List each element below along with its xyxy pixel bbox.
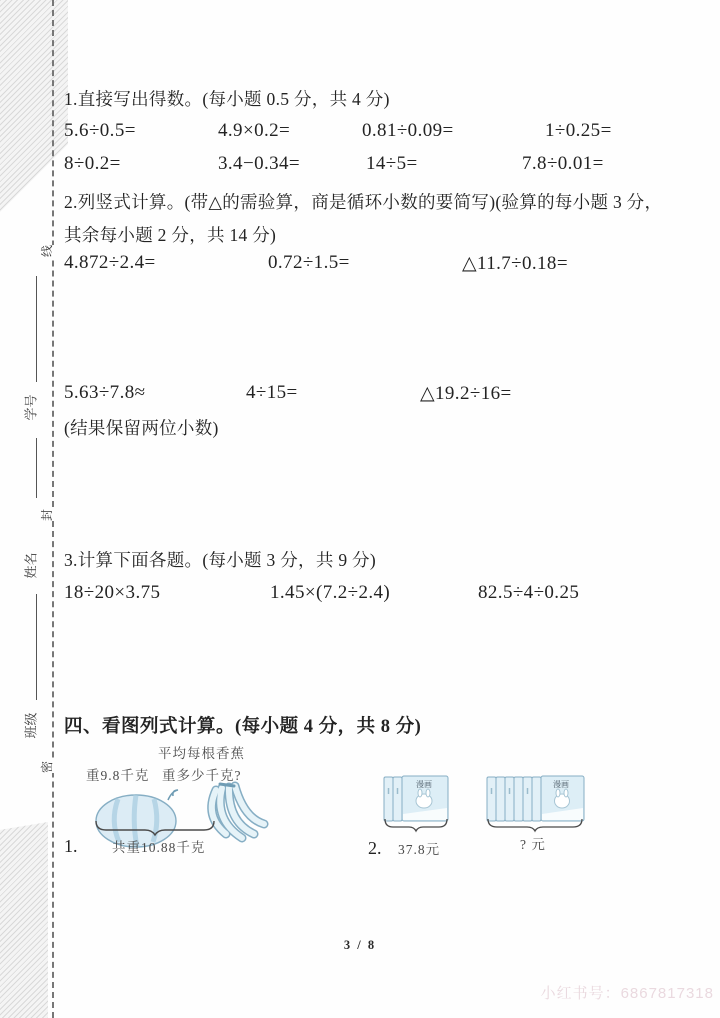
book-cover-title-left: 漫画 — [416, 779, 432, 789]
seal-char-feng: 封 — [40, 509, 54, 521]
q2-eq-3: △11.7÷0.18= — [462, 252, 568, 275]
q1-eq-7: 14÷5= — [366, 153, 418, 175]
left-stack-price: 37.8元 — [398, 838, 440, 858]
book-cover-title-right: 漫画 — [553, 779, 569, 789]
q2-eq-4: 5.63÷7.8≈ — [64, 382, 145, 404]
hatch-corner-top-left — [0, 0, 68, 212]
seal-char-line: 线 — [40, 245, 54, 257]
watermark-text: 小红书号：6867817318 — [541, 982, 714, 1003]
book-stack-left: 漫画 — [383, 774, 451, 824]
q1-eq-1: 5.6÷0.5= — [64, 120, 136, 142]
q1-eq-5: 8÷0.2= — [64, 153, 121, 175]
q1-eq-3: 0.81÷0.09= — [362, 120, 454, 142]
field-label-class: 班级 — [21, 712, 40, 738]
hatch-corner-bottom-left — [0, 822, 48, 1018]
q2-title-line2: 其余每小题 2 分，共 14 分) — [64, 222, 276, 247]
q3-title: 3.计算下面各题。(每小题 3 分，共 9 分) — [64, 547, 376, 572]
banana-question-line1: 平均每根香蕉 — [158, 742, 245, 762]
q2-eq-6: △19.2÷16= — [420, 382, 512, 405]
bananas-illustration — [196, 780, 274, 854]
field-line-name — [36, 594, 37, 700]
q1-eq-6: 3.4−0.34= — [218, 153, 300, 175]
fruit-total-label: 共重10.88千克 — [112, 836, 205, 856]
q1-eq-8: 7.8÷0.01= — [522, 153, 604, 175]
problem-2-number: 2. — [368, 838, 382, 859]
field-label-student-id: 学号 — [21, 394, 40, 420]
field-line-student-id — [36, 276, 37, 382]
page-number: 3 / 8 — [0, 938, 720, 953]
q2-eq-1: 4.872÷2.4= — [64, 252, 156, 274]
fruit-total-brace — [94, 820, 216, 836]
field-label-name: 姓名 — [21, 552, 40, 578]
melon-weight-label: 重9.8千克 — [86, 764, 149, 784]
field-line-mid — [36, 438, 37, 498]
right-stack-brace — [486, 818, 584, 833]
q2-title-line1: 2.列竖式计算。(带△的需验算，商是循环小数的要简写)(验算的每小题 3 分， — [64, 189, 662, 214]
q3-eq-1: 18÷20×3.75 — [64, 582, 160, 604]
q2-eq-2: 0.72÷1.5= — [268, 252, 350, 274]
book-stack-right: 漫画 — [486, 774, 586, 824]
q1-eq-2: 4.9×0.2= — [218, 120, 290, 142]
q2-note: (结果保留两位小数) — [64, 415, 219, 440]
problem-1-number: 1. — [64, 836, 78, 857]
seal-char-mi: 密 — [40, 761, 54, 773]
q1-title: 1.直接写出得数。(每小题 0.5 分，共 4 分) — [64, 86, 390, 111]
left-stack-brace — [383, 818, 449, 833]
right-stack-price: ? 元 — [520, 833, 546, 853]
q3-eq-3: 82.5÷4÷0.25 — [478, 582, 579, 604]
exam-page: 线 封 密 学号 姓名 班级 1.直接写出得数。(每小题 0.5 分，共 4 分… — [0, 0, 720, 1018]
q3-eq-2: 1.45×(7.2÷2.4) — [270, 582, 390, 604]
q1-eq-4: 1÷0.25= — [545, 120, 612, 142]
q4-title: 四、看图列式计算。(每小题 4 分，共 8 分) — [64, 712, 421, 738]
q2-eq-5: 4÷15= — [246, 382, 298, 404]
